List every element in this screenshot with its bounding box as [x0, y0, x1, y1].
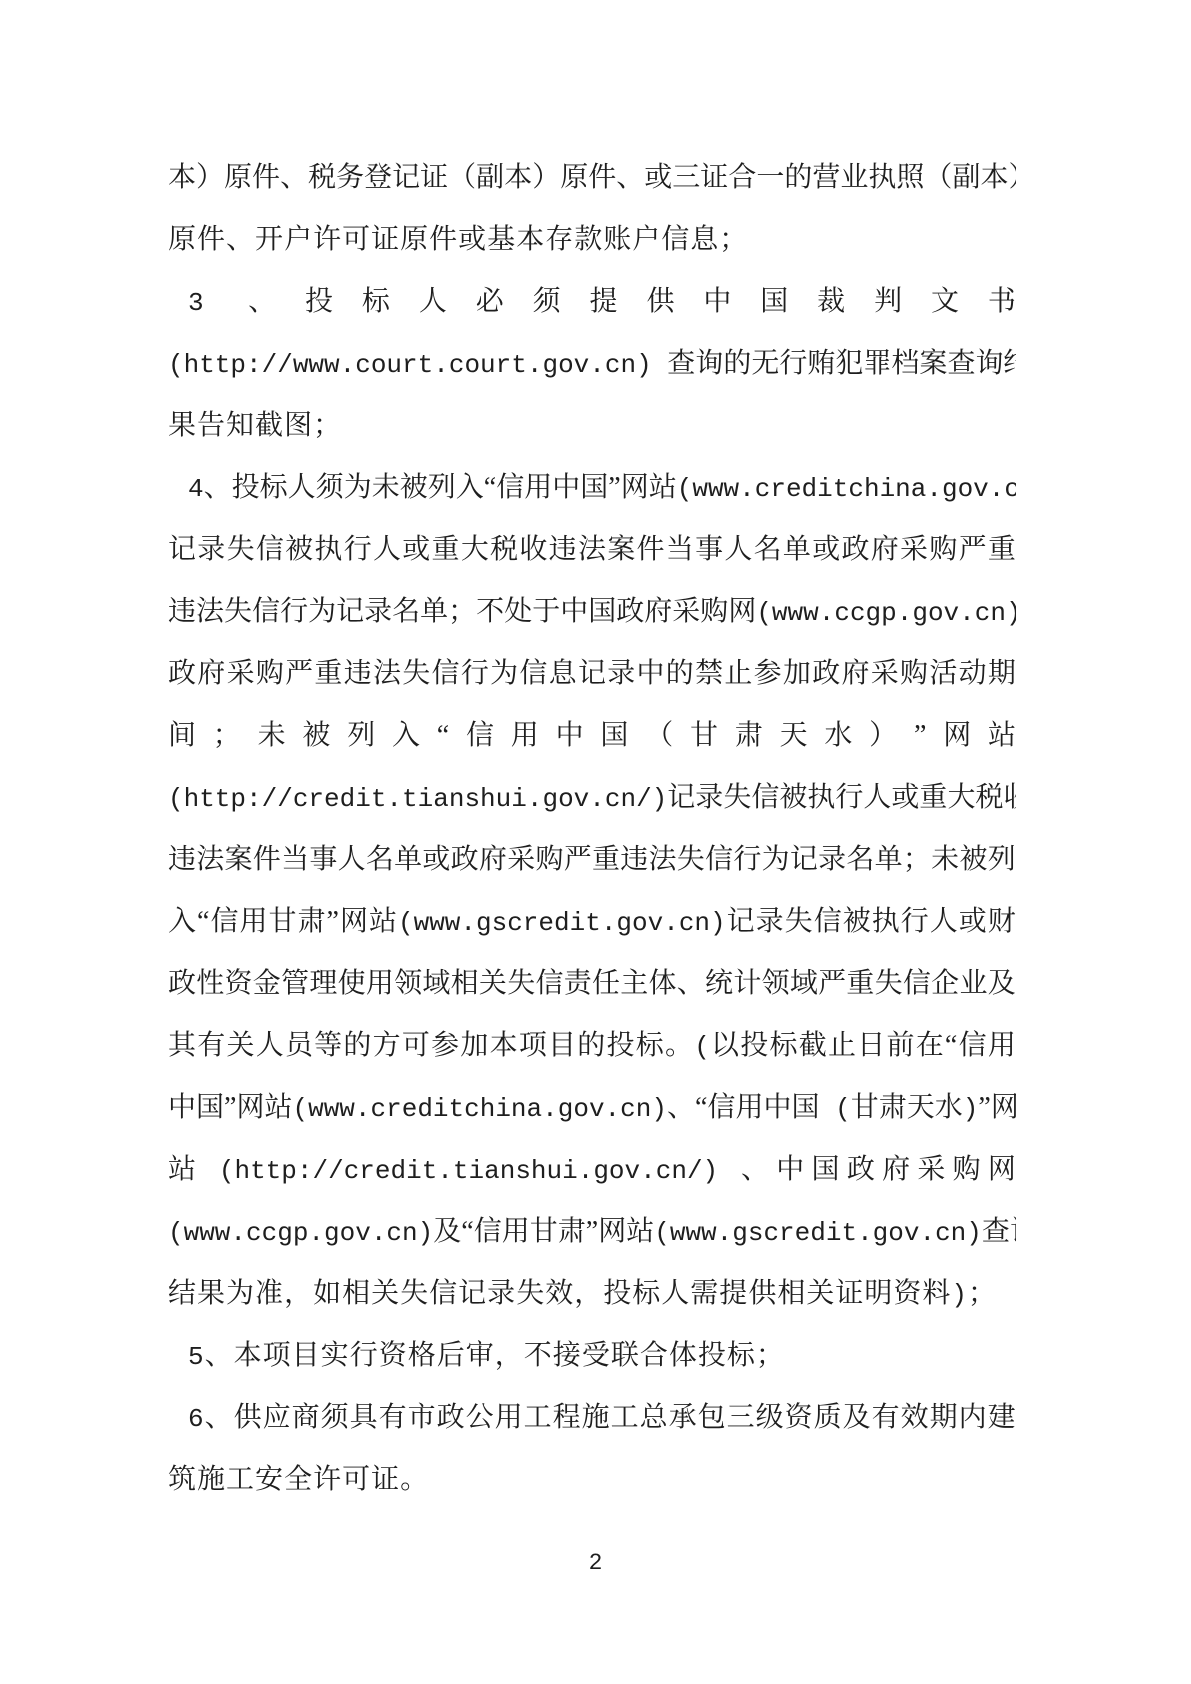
document-page: 本）原件、税务登记证（副本）原件、或三证合一的营业执照（副本） 原件、开户许可证…	[0, 0, 1191, 1684]
text-token: 信	[256, 519, 284, 581]
text-token: 被	[843, 891, 871, 953]
text-token: 。	[665, 1015, 693, 1077]
text-token: 水	[935, 1077, 963, 1139]
text-token: 件	[197, 209, 226, 271]
text-token: 加	[783, 643, 811, 705]
text-token: 当	[666, 519, 694, 581]
text-token: 资	[379, 1325, 408, 1387]
text-token: 应	[263, 1387, 291, 1449]
text-token: 案	[919, 333, 947, 395]
text-token: 记	[667, 767, 695, 829]
text-token: 判	[874, 271, 902, 333]
text-line: 4、投标人须为未被列入“信用中国”网站(www.creditchina.gov.…	[168, 457, 1016, 519]
text-token: 本	[168, 147, 196, 209]
text-line: 5、本项目实行资格后审，不接受联合体投标；	[168, 1325, 1016, 1387]
text-token: 入	[392, 705, 420, 767]
text-token: 性	[196, 953, 224, 1015]
text-token: 用	[239, 891, 267, 953]
text-line: 间；未被列入“信用中国（甘肃天水）”网站	[168, 705, 1016, 767]
page-number: 2	[0, 1548, 1191, 1578]
text-token: 效	[901, 1387, 929, 1449]
text-token: 证	[835, 1263, 864, 1325]
text-token: (www.gscredit.gov.cn)	[398, 892, 726, 953]
text-token: 国	[812, 1139, 840, 1201]
text-token: 参	[754, 643, 782, 705]
text-token: 项	[263, 1325, 292, 1387]
text-line: 记录失信被执行人或重大税收违法案件当事人名单或政府采购严重	[168, 519, 1016, 581]
text-token: 法	[196, 829, 224, 891]
text-token: 录	[364, 581, 392, 643]
text-token: “	[695, 1077, 707, 1139]
text-token: 施	[582, 1387, 610, 1449]
text-token: 购	[256, 643, 284, 705]
text-token: 资	[893, 1263, 922, 1325]
text-token: 或	[402, 519, 430, 581]
text-token: ”	[586, 1201, 598, 1263]
text-token: 失	[224, 581, 252, 643]
text-token: 入	[168, 891, 196, 953]
text-token: 止	[724, 643, 752, 705]
text-token: 的	[723, 333, 751, 395]
text-token: 收	[519, 519, 547, 581]
text-token: 本	[234, 1325, 263, 1387]
text-line: 原件、开户许可证原件或基本存款账户信息；	[168, 209, 1016, 271]
text-token: 人	[288, 457, 316, 519]
text-token: 结	[168, 1263, 197, 1325]
text-token: 动	[959, 643, 987, 705]
text-token: 理	[309, 953, 337, 1015]
text-token: 被	[400, 457, 428, 519]
text-token: 本	[490, 1015, 518, 1077]
text-token: 失	[507, 953, 535, 1015]
text-token: 信	[707, 1077, 735, 1139]
text-token: 购	[535, 829, 563, 891]
text-token: 行	[733, 829, 761, 891]
text-token: 证	[371, 209, 400, 271]
text-token: 信	[210, 891, 238, 953]
text-token: 投	[603, 1263, 632, 1325]
text-token: 在	[916, 1015, 944, 1077]
text-token: 内	[959, 1387, 987, 1449]
text-token: 站	[168, 1139, 196, 1201]
text-token: “	[437, 705, 449, 767]
text-token: 员	[285, 1015, 313, 1077]
text-token: 参	[431, 1015, 459, 1077]
text-token: 工	[226, 1449, 255, 1511]
text-token: 投	[305, 271, 333, 333]
text-token: 加	[460, 1015, 488, 1077]
text-token: 标	[632, 1263, 661, 1325]
text-token: 录	[487, 1263, 516, 1325]
text-token: 信	[705, 829, 733, 891]
text-token: 期	[988, 643, 1016, 705]
text-token: 或	[458, 209, 487, 271]
text-token: 、	[205, 1325, 234, 1387]
text-token: 标	[727, 1325, 756, 1387]
text-token: 信	[466, 705, 494, 767]
text-line: (http://www.court.court.gov.cn) 查询的无行贿犯罪…	[168, 333, 1016, 395]
text-token: 失	[402, 643, 430, 705]
text-token: 商	[292, 1387, 320, 1449]
text-token: 总	[640, 1387, 668, 1449]
text-token: 结	[1003, 333, 1016, 395]
text-token: 以	[711, 1015, 739, 1077]
text-token: 供	[234, 1387, 262, 1449]
text-token: 信	[252, 581, 280, 643]
text-token: 失	[723, 767, 751, 829]
text-token: 信	[661, 209, 690, 271]
text-line: 6、供应商须具有市政公用工程施工总承包三级资质及有效期内建	[168, 1387, 1016, 1449]
text-token: 信	[814, 891, 842, 953]
text-token: 执	[872, 891, 900, 953]
text-token: 政	[841, 519, 869, 581]
text-token: 开	[255, 209, 284, 271]
text-token: 原	[168, 209, 197, 271]
text-token: ，	[495, 1325, 524, 1387]
text-token: 合	[728, 147, 756, 209]
text-token: 及	[433, 1201, 461, 1263]
text-token: 人	[661, 1263, 690, 1325]
text-token: 截	[799, 1015, 827, 1077]
text-line: 其有关人员等的方可参加本项目的投标。(以投标截止日前在“信用	[168, 1015, 1016, 1077]
text-token: 体	[649, 953, 677, 1015]
text-token: 重	[988, 519, 1016, 581]
text-token: 领	[394, 953, 422, 1015]
text-token: 询	[975, 333, 1003, 395]
text-token: ；	[903, 829, 931, 891]
text-token: 执	[314, 519, 342, 581]
text-token: 执	[868, 147, 896, 209]
text-token: 天	[907, 1077, 935, 1139]
text-token: 5	[188, 1326, 205, 1387]
text-token: 全	[284, 1449, 313, 1511]
text-token: 记	[578, 643, 606, 705]
text-token: 执	[807, 767, 835, 829]
text-token: 单	[875, 829, 903, 891]
text-token: (www.gscredit.gov.cn)	[654, 1202, 982, 1263]
text-token: 查	[982, 1201, 1010, 1263]
text-token: 网	[598, 1201, 626, 1263]
text-token: ，	[574, 1263, 603, 1325]
text-token: 网	[621, 457, 649, 519]
text-token: 用	[524, 457, 552, 519]
text-token: 处	[504, 581, 532, 643]
text-token: 人	[419, 271, 447, 333]
text-token: 失	[785, 891, 813, 953]
text-token: 税	[308, 147, 336, 209]
text-token: 法	[578, 519, 606, 581]
text-token: 提	[590, 271, 618, 333]
text-token: 投	[607, 1015, 635, 1077]
text-token: 肃	[879, 1077, 907, 1139]
text-token: 前	[886, 1015, 914, 1077]
text-token: 须	[533, 271, 561, 333]
text-token: 工	[611, 1387, 639, 1449]
text-token: 购	[953, 1139, 981, 1201]
text-token: 证	[420, 147, 448, 209]
text-token: 主	[620, 953, 648, 1015]
text-token: 管	[281, 953, 309, 1015]
text-token: 须	[321, 1387, 349, 1449]
text-token: 府	[882, 1139, 910, 1201]
text-token: ；	[313, 395, 342, 457]
text-token: 照	[896, 147, 924, 209]
text-token: 事	[309, 829, 337, 891]
text-token: 当	[281, 829, 309, 891]
text-token: 禁	[695, 643, 723, 705]
text-token: (	[694, 1016, 710, 1077]
text-token: 格	[408, 1325, 437, 1387]
text-token: 为	[308, 581, 336, 643]
text-token: 政	[451, 829, 479, 891]
text-token: 政	[616, 581, 644, 643]
text-token: 行	[779, 333, 807, 395]
text-token: 单	[394, 829, 422, 891]
text-token: 或	[891, 767, 919, 829]
text-token: 查	[667, 333, 695, 395]
text-token: ）	[869, 705, 897, 767]
text-token: 工	[524, 1387, 552, 1449]
text-token: 肃	[558, 1201, 586, 1263]
text-token: 止	[828, 1015, 856, 1077]
text-token: 记	[790, 829, 818, 891]
document-body: 本）原件、税务登记证（副本）原件、或三证合一的营业执照（副本） 原件、开户许可证…	[168, 147, 1016, 1511]
text-token: 关	[806, 1263, 835, 1325]
text-token: 施	[197, 1449, 226, 1511]
text-token: 截	[255, 395, 284, 457]
text-token: 可	[402, 1015, 430, 1077]
text-token: 站	[264, 1077, 292, 1139]
text-token: 国	[600, 705, 628, 767]
text-token: 可	[342, 1449, 371, 1511]
text-token: 为	[762, 829, 790, 891]
text-token: 书	[988, 271, 1016, 333]
text-token: 原	[400, 209, 429, 271]
text-token: 行	[344, 519, 372, 581]
text-token: 用	[366, 953, 394, 1015]
text-token: 税	[490, 519, 518, 581]
text-token: 接	[553, 1325, 582, 1387]
text-token: 承	[669, 1387, 697, 1449]
text-token: 金	[253, 953, 281, 1015]
text-token: 原	[560, 147, 588, 209]
text-token: 用	[511, 705, 539, 767]
text-token: 、	[741, 1139, 769, 1201]
text-token: 6	[188, 1388, 204, 1449]
text-token: 甘	[851, 1077, 879, 1139]
text-token: 体	[669, 1325, 698, 1387]
text-token: 知	[226, 395, 255, 457]
text-token: 后	[437, 1325, 466, 1387]
text-token: 违	[168, 829, 196, 891]
text-token: 为	[490, 643, 518, 705]
text-token: ）	[1008, 147, 1016, 209]
text-token: )	[963, 1078, 979, 1139]
text-token: 准	[255, 1263, 284, 1325]
text-token: 失	[677, 829, 705, 891]
text-token: 中	[763, 1077, 791, 1139]
text-token: 采	[917, 1139, 945, 1201]
text-token: ”	[224, 1077, 236, 1139]
text-line: 筑施工安全许可证。	[168, 1449, 1016, 1511]
text-token: 如	[313, 1263, 342, 1325]
text-token: 实	[321, 1325, 350, 1387]
text-token: 站	[626, 1201, 654, 1263]
text-token: 案	[225, 829, 253, 891]
text-token: 行	[835, 767, 863, 829]
text-token: 或	[422, 829, 450, 891]
text-token: ；	[756, 1325, 785, 1387]
text-token: 询	[695, 333, 723, 395]
text-token: 域	[422, 953, 450, 1015]
text-token: 失	[875, 953, 903, 1015]
text-line: 政性资金管理使用领域相关失信责任主体、统计领域严重失信企业及	[168, 953, 1016, 1015]
text-token: 违	[168, 581, 196, 643]
text-token: 许	[313, 1449, 342, 1511]
text-token: 许	[313, 209, 342, 271]
text-token: 及	[843, 1387, 871, 1449]
text-token: 信	[474, 1201, 502, 1263]
text-token: 、	[677, 953, 705, 1015]
text-token: 标	[770, 1015, 798, 1077]
text-token: 府	[871, 519, 899, 581]
text-token: 活	[929, 643, 957, 705]
text-token: 的	[666, 643, 694, 705]
text-token: 营	[812, 147, 840, 209]
text-token: 公	[466, 1387, 494, 1449]
text-token: 为	[226, 1263, 255, 1325]
text-token: ）	[532, 147, 560, 209]
text-token: 信	[751, 767, 779, 829]
text-token: 相	[342, 1263, 371, 1325]
text-token: “	[461, 1201, 473, 1263]
text-token: 、	[226, 209, 255, 271]
text-token: (www.creditchina.gov.cn)	[293, 1078, 667, 1139]
text-token: 关	[479, 953, 507, 1015]
text-token: 级	[756, 1387, 784, 1449]
text-token: 记	[458, 1263, 487, 1325]
text-token: 一	[756, 147, 784, 209]
text-token: ；	[968, 1263, 997, 1325]
text-token: 事	[695, 519, 723, 581]
text-token: (www.ccgp.gov.cn)	[168, 1202, 433, 1263]
text-token: （	[448, 147, 476, 209]
text-token: 于	[532, 581, 560, 643]
text-token: 息	[690, 209, 719, 271]
text-token: 件	[588, 147, 616, 209]
text-token: 单	[783, 519, 811, 581]
text-token: 或	[959, 891, 987, 953]
text-token: 须	[316, 457, 344, 519]
text-token: 网	[340, 891, 368, 953]
text-token: 相	[451, 953, 479, 1015]
text-token: 未	[372, 457, 400, 519]
text-token: 国	[791, 1077, 819, 1139]
text-token: 料	[922, 1263, 951, 1325]
text-token: 人	[338, 829, 366, 891]
text-token: 甘	[690, 705, 718, 767]
text-line: 站 (http://credit.tianshui.gov.cn/) 、中国政府…	[168, 1139, 1016, 1201]
text-token: 严	[818, 953, 846, 1015]
text-token: 政	[812, 643, 840, 705]
text-token: 行	[350, 1325, 379, 1387]
text-token: 本	[504, 147, 532, 209]
text-token: 领	[762, 953, 790, 1015]
text-token: 录	[756, 891, 784, 953]
text-token: 无	[751, 333, 779, 395]
text-token: 等	[314, 1015, 342, 1077]
text-token: 标	[260, 457, 288, 519]
text-token: 合	[640, 1325, 669, 1387]
text-token: ，	[284, 1263, 313, 1325]
text-token: 信	[432, 643, 460, 705]
text-token: 国	[196, 1077, 224, 1139]
text-line: (www.ccgp.gov.cn)及“信用甘肃”网站(www.gscredit.…	[168, 1201, 1016, 1263]
text-line: (http://credit.tianshui.gov.cn/)记录失信被执行人…	[168, 767, 1016, 829]
text-token: 户	[284, 209, 313, 271]
text-token: 有	[197, 1015, 225, 1077]
text-token: 法	[649, 829, 677, 891]
text-token: 列	[428, 457, 456, 519]
text-token: 水	[824, 705, 852, 767]
text-token: 府	[644, 581, 672, 643]
text-token: 资	[785, 1387, 813, 1449]
text-token: 天	[780, 705, 808, 767]
text-token: 档	[891, 333, 919, 395]
text-token: 可	[342, 209, 371, 271]
text-token: 件	[637, 519, 665, 581]
text-token: 建	[988, 1387, 1016, 1449]
text-token: 行	[461, 643, 489, 705]
text-token: 。	[400, 1449, 429, 1511]
text-token: 信	[959, 1015, 987, 1077]
text-token: 文	[931, 271, 959, 333]
text-token: 被	[302, 705, 330, 767]
text-token: 中	[552, 457, 580, 519]
text-token: 用	[988, 1015, 1016, 1077]
text-token: 名	[392, 581, 420, 643]
text-token: 税	[975, 767, 1003, 829]
text-token: 项	[519, 1015, 547, 1077]
text-token: 录	[695, 767, 723, 829]
text-token: 存	[545, 209, 574, 271]
text-token: 被	[779, 767, 807, 829]
text-token: 基	[487, 209, 516, 271]
text-token: 信	[903, 953, 931, 1015]
text-token: 信	[535, 953, 563, 1015]
text-token: 国	[760, 271, 788, 333]
text-token: 统	[705, 953, 733, 1015]
text-token: 中	[776, 1139, 804, 1201]
text-token: “	[484, 457, 496, 519]
text-line: 违法失信行为记录名单；不处于中国政府采购网(www.ccgp.gov.cn)	[168, 581, 1016, 643]
text-token: 录	[197, 519, 225, 581]
text-token: 重	[846, 953, 874, 1015]
text-token: （	[924, 147, 952, 209]
text-token: 日	[857, 1015, 885, 1077]
text-token: 网	[236, 1077, 264, 1139]
text-token: 账	[603, 209, 632, 271]
text-token: 域	[790, 953, 818, 1015]
text-token: 中	[560, 581, 588, 643]
text-token: 用	[502, 1201, 530, 1263]
text-token: 信	[429, 1263, 458, 1325]
text-token: 记	[336, 581, 364, 643]
text-token: 列	[347, 705, 375, 767]
text-token: 标	[636, 1015, 664, 1077]
text-token: 记	[727, 891, 755, 953]
text-token: 三	[672, 147, 700, 209]
